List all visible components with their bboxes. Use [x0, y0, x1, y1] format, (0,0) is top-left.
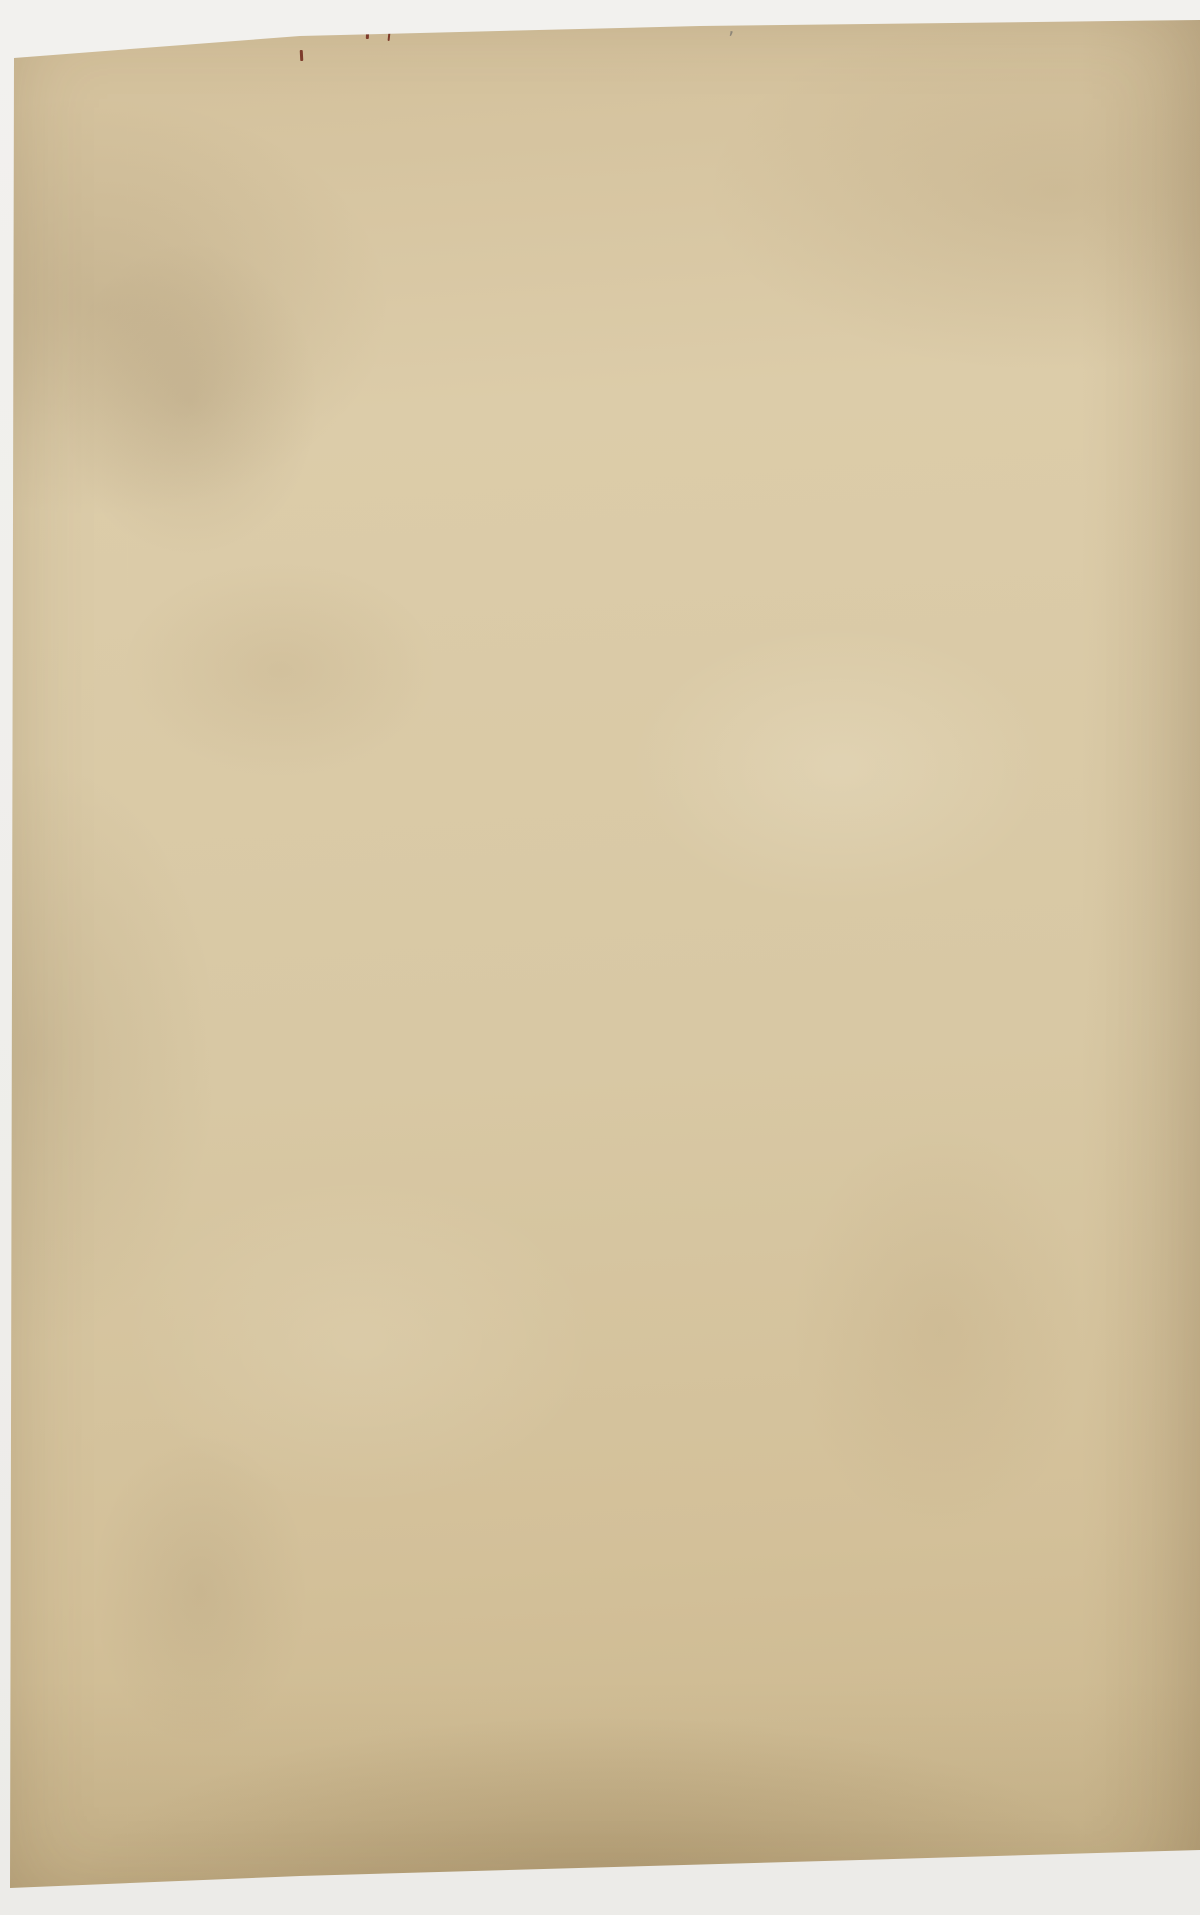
- paper-stain: [790, 1120, 1090, 1540]
- ink-tick-mark: [366, 28, 369, 39]
- ink-tick-mark: [388, 32, 391, 41]
- ink-tick-mark: [300, 50, 304, 61]
- manuscript-paper: ’: [0, 0, 1200, 1915]
- archival-annotation: ’: [712, 22, 735, 54]
- archive-label: [712, 23, 713, 52]
- pencil-tick: ’: [728, 27, 735, 51]
- ink-tick-mark: [297, 22, 301, 36]
- paper-stain: [120, 560, 440, 780]
- scanned-document: ’: [0, 0, 1200, 1915]
- paper-stain: [0, 1680, 1200, 1900]
- paper-stain: [60, 240, 320, 560]
- paper-stain: [1080, 0, 1200, 1900]
- paper-stain: [90, 1430, 310, 1750]
